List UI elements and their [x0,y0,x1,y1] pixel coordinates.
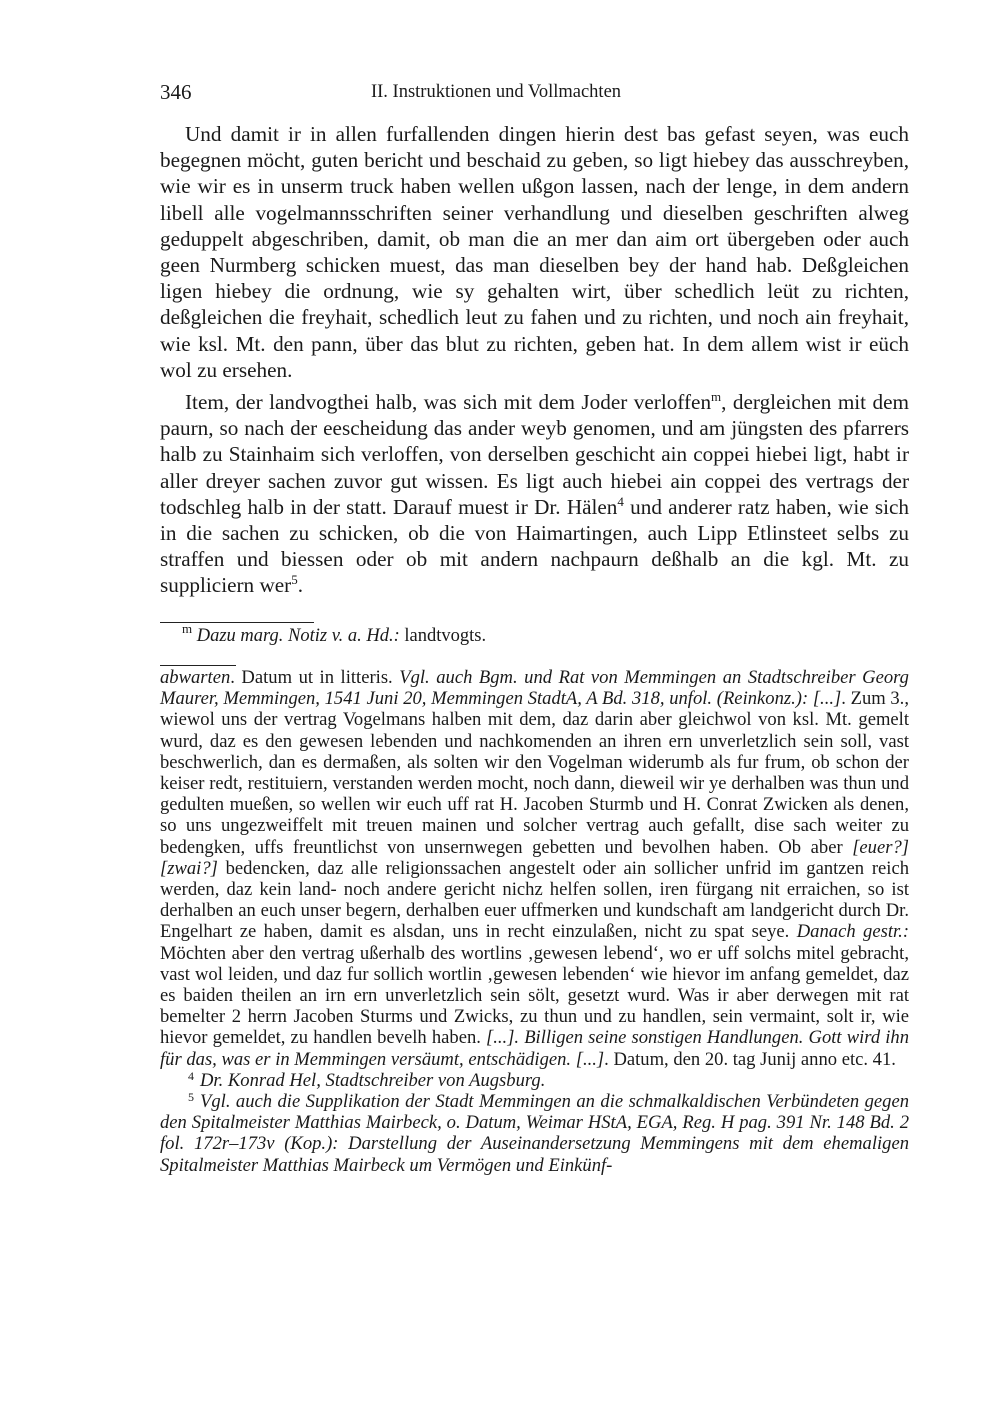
footnote-4: 4Dr. Konrad Hel, Stadtschreiber von Augs… [160,1070,909,1091]
critical-note-text: landtvogts. [400,626,486,646]
footnote-4-text: Dr. Konrad Hel, Stadtschreiber von Augsb… [200,1070,545,1091]
main-text: Und damit ir in allen furfallenden dinge… [160,121,909,599]
running-head: 346 II. Instruktionen und Vollmachten [160,80,909,108]
critical-note-m: m Dazu marg. Notiz v. a. Hd.: landtvogts… [182,624,486,648]
footnote-4-number: 4 [188,1069,194,1083]
running-title: II. Instruktionen und Vollmachten [160,80,832,103]
paragraph-1: Und damit ir in allen furfallenden dinge… [160,121,909,383]
critical-note-marker: m [182,621,192,636]
footnote-5: 5Vgl. auch die Supplikation der Stadt Me… [160,1091,909,1176]
critical-note-label: Dazu marg. Notiz v. a. Hd.: [197,626,400,646]
footnote-5-number: 5 [188,1090,194,1104]
paragraph-2: Item, der landvogthei halb, was sich mit… [160,389,909,599]
footnote-continuation: abwarten. Datum ut in litteris. Vgl. auc… [160,667,909,1070]
critical-note-ref-m[interactable]: m [711,389,721,404]
footnote-5-text: Vgl. auch die Supplikation der Stadt Mem… [160,1091,909,1176]
footnotes: abwarten. Datum ut in litteris. Vgl. auc… [160,667,909,1176]
footnote-rule [160,665,236,666]
